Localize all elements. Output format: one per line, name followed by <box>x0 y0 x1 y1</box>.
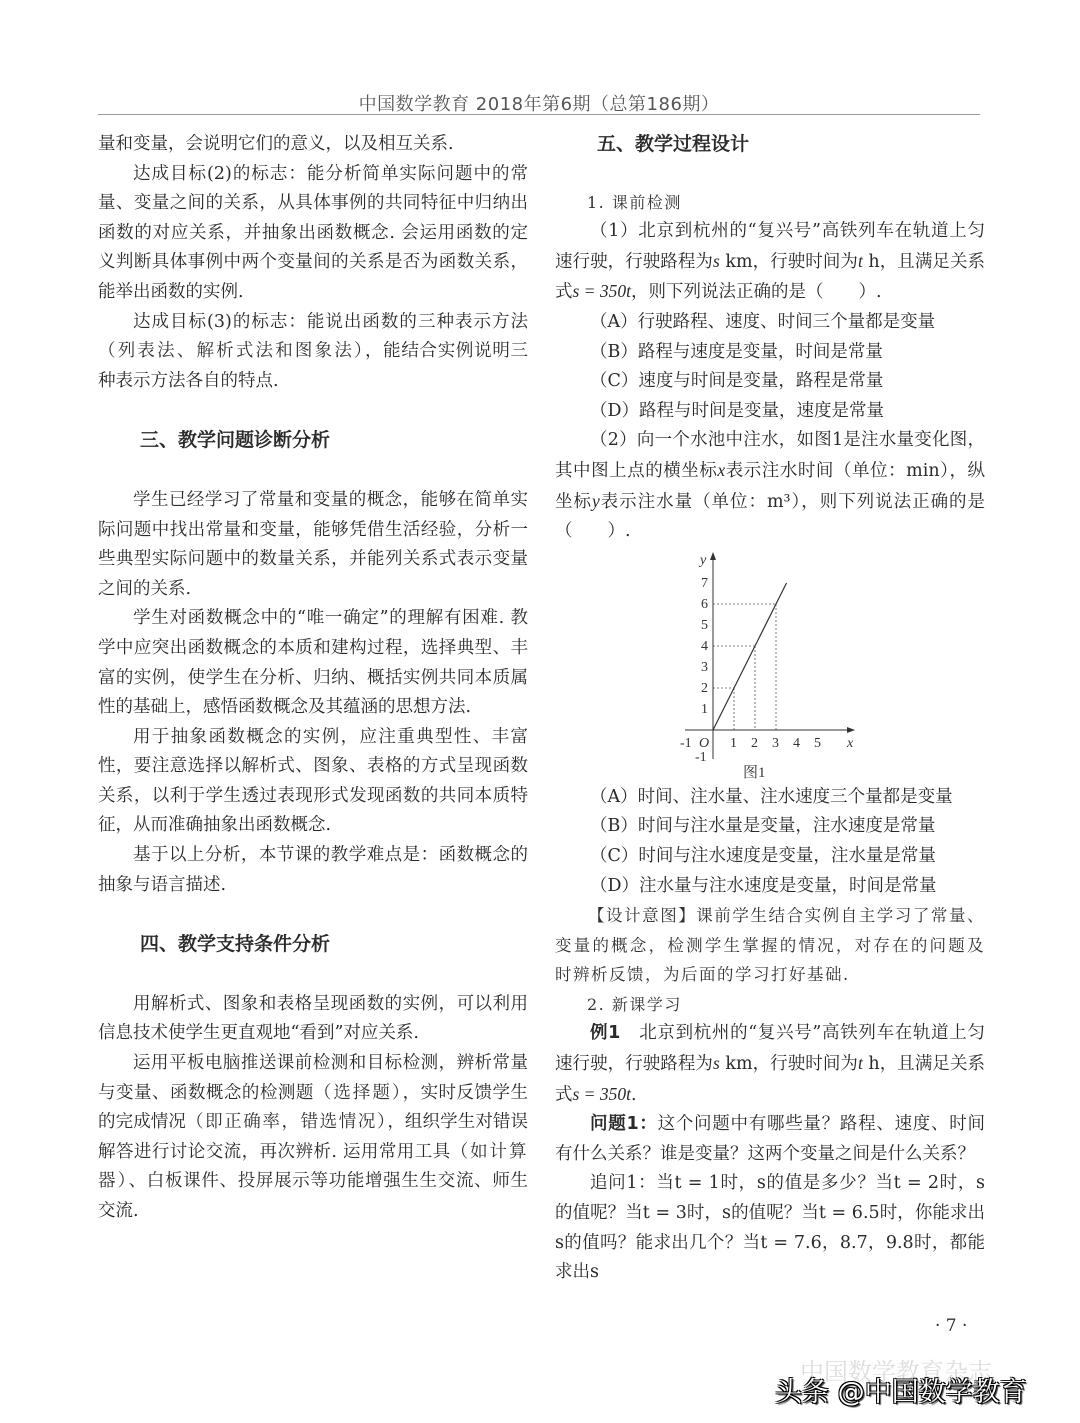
svg-text:3: 3 <box>701 660 708 675</box>
svg-text:5: 5 <box>814 736 821 751</box>
option-a: （A）时间、注水量、注水速度三个量都是变量 <box>555 783 985 813</box>
paragraph: 学生已经学习了常量和变量的概念，能够在简单实际问题中找出常量和变量，能够凭借生活… <box>98 486 528 604</box>
follow-up-1: 追问1：当t = 1时，s的值是多少？当t = 2时，s的值呢？当t = 3时，… <box>555 1169 985 1287</box>
svg-text:1: 1 <box>701 702 708 717</box>
svg-text:5: 5 <box>701 618 708 633</box>
subheading-pre-test: 1. 课前检测 <box>555 188 985 218</box>
line-chart: y x -1 O 1 2 3 4 5 -1 1 2 3 4 5 6 7 图1 <box>675 547 865 783</box>
option-c: （C）速度与时间是变量，路程是常量 <box>555 367 985 397</box>
question-1: （1）北京到杭州的“复兴号”高铁列车在轨道上匀速行驶，行驶路程为s km，行驶时… <box>555 217 985 308</box>
svg-text:-1: -1 <box>680 736 692 751</box>
right-column: 五、教学过程设计 1. 课前检测 （1）北京到杭州的“复兴号”高铁列车在轨道上匀… <box>555 130 985 1288</box>
paragraph: 量和变量，会说明它们的意义，以及相互关系. <box>98 130 528 160</box>
paragraph: 基于以上分析，本节课的教学难点是：函数概念的抽象与语言描述. <box>98 841 528 900</box>
subheading-new-lesson: 2. 新课学习 <box>555 990 985 1020</box>
svg-text:y: y <box>698 553 707 568</box>
svg-text:4: 4 <box>793 736 800 751</box>
option-a: （A）行驶路程、速度、时间三个量都是变量 <box>555 308 985 338</box>
svg-text:1: 1 <box>730 736 737 751</box>
paragraph: 运用平板电脑推送课前检测和目标检测，辨析常量与变量、函数概念的检测题（选择题），… <box>98 1049 528 1227</box>
paragraph: 学生对函数概念中的“唯一确定”的理解有困难. 教学中应突出函数概念的本质和建构过… <box>98 604 528 722</box>
problem-1: 问题1：这个问题中有哪些量？路程、速度、时间有什么关系？谁是变量？这两个变量之间… <box>555 1110 985 1169</box>
watermark: 头条 @中国数学教育 <box>775 1370 1027 1409</box>
paragraph: 用于抽象函数概念的实例，应注重典型性、丰富性，要注意选择以解析式、图象、表格的方… <box>98 723 528 841</box>
svg-text:7: 7 <box>701 576 708 591</box>
section-heading-3: 三、教学问题诊断分析 <box>98 426 528 456</box>
svg-text:-1: -1 <box>695 750 707 765</box>
option-c: （C）时间与注水速度是变量，注水量是常量 <box>555 842 985 872</box>
svg-text:4: 4 <box>701 639 708 654</box>
paragraph: 用解析式、图象和表格呈现函数的实例，可以利用信息技术使学生更直观地“看到”对应关… <box>98 990 528 1049</box>
option-d: （D）注水量与注水速度是变量，时间是常量 <box>555 872 985 902</box>
section-heading-5: 五、教学过程设计 <box>555 130 985 160</box>
svg-text:x: x <box>846 736 854 751</box>
section-heading-4: 四、教学支持条件分析 <box>98 930 528 960</box>
paragraph: 达成目标(3)的标志：能说出函数的三种表示方法（列表法、解析式法和图象法），能结… <box>98 308 528 397</box>
svg-text:2: 2 <box>701 681 708 696</box>
page-number: · 7 · <box>935 1316 967 1336</box>
paragraph: 达成目标(2)的标志：能分析简单实际问题中的常量、变量之间的关系，从具体事例的共… <box>98 160 528 308</box>
svg-text:O: O <box>699 736 709 751</box>
svg-text:2: 2 <box>751 736 758 751</box>
figure-1: y x -1 O 1 2 3 4 5 -1 1 2 3 4 5 6 7 图1 <box>555 547 985 783</box>
journal-title: 中国数学教育 2018年第6期（总第186期） <box>98 90 980 116</box>
example-1: 例1 北京到杭州的“复兴号”高铁列车在轨道上匀速行驶，行驶路程为s km，行驶时… <box>555 1019 985 1110</box>
svg-text:图1: 图1 <box>743 764 766 781</box>
option-b: （B）路程与速度是变量，时间是常量 <box>555 338 985 368</box>
left-column: 量和变量，会说明它们的意义，以及相互关系. 达成目标(2)的标志：能分析简单实际… <box>98 130 528 1227</box>
svg-text:3: 3 <box>772 736 779 751</box>
option-b: （B）时间与注水量是变量，注水速度是常量 <box>555 812 985 842</box>
svg-text:6: 6 <box>701 597 708 612</box>
question-2: （2）向一个水池中注水，如图1是注水量变化图，其中图上点的横坐标x表示注水时间（… <box>555 426 985 546</box>
option-d: （D）路程与时间是变量，速度是常量 <box>555 397 985 427</box>
running-header: 中国数学教育 2018年第6期（总第186期） <box>98 88 980 115</box>
design-intent: 【设计意图】课前学生结合实例自主学习了常量、变量的概念，检测学生掌握的情况，对存… <box>555 901 985 990</box>
